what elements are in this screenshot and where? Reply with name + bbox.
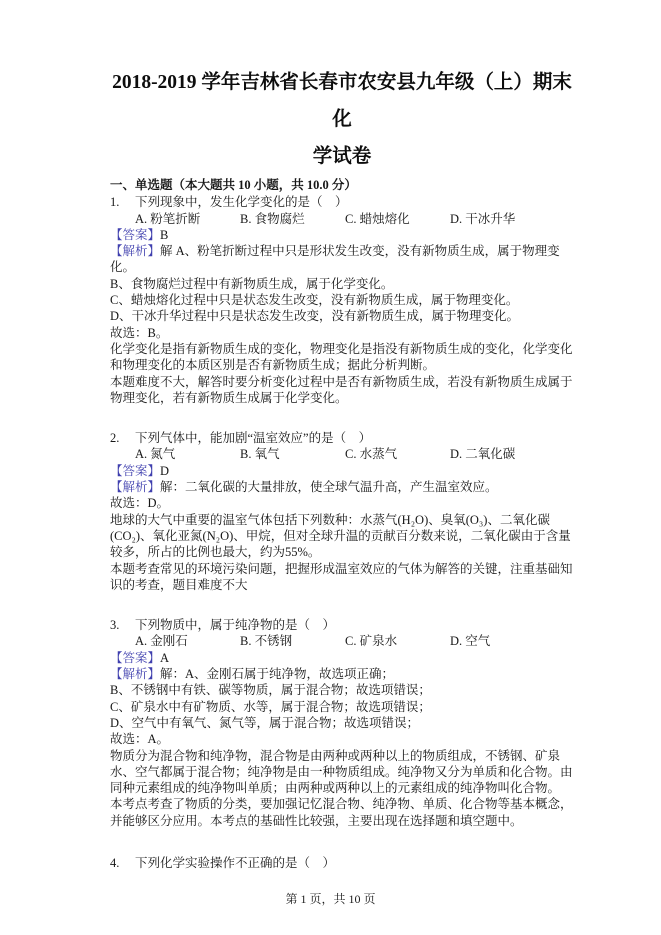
question-line: 4. 下列化学实验操作不正确的是（ ） (110, 855, 574, 871)
option-c: C. 蜡烛熔化 (345, 211, 450, 227)
option-d: D. 二氧化碳 (450, 446, 515, 462)
analysis-paragraph: D、干冰升华过程中只是状态发生改变，没有新物质生成，属于物理变化。 (110, 308, 574, 324)
analysis-text: 解 A、粉笔折断过程中只是形状发生改变，没有新物质生成，属于物理变化。 (110, 244, 560, 274)
question-number: 3. (110, 617, 135, 633)
question-line: 2. 下列气体中，能加剧“温室效应”的是（ ） (110, 430, 574, 446)
options-row: A. 粉笔折断 B. 食物腐烂 C. 蜡烛熔化 D. 干冰升华 (110, 211, 574, 227)
analysis-paragraph: B、不锈钢中有铁、碳等物质，属于混合物；故选项错误； (110, 682, 574, 698)
option-a: A. 氮气 (135, 446, 240, 462)
question-text: 下列化学实验操作不正确的是（ ） (135, 855, 574, 871)
question-text: 下列物质中，属于纯净物的是（ ） (135, 617, 574, 633)
answer-value: D (160, 464, 169, 478)
option-a: A. 金刚石 (135, 633, 240, 649)
page-footer: 第 1 页，共 10 页 (0, 890, 661, 907)
question-number: 4. (110, 855, 135, 871)
document-content: 2018-2019 学年吉林省长春市农安县九年级（上）期末化 学试卷 一、单选题… (110, 0, 574, 871)
option-b: B. 不锈钢 (240, 633, 345, 649)
option-d: D. 干冰升华 (450, 211, 515, 227)
analysis-paragraph: 故选：D。 (110, 495, 574, 511)
analysis-paragraph: 【解析】解 A、粉笔折断过程中只是形状发生改变，没有新物质生成，属于物理变化。 (110, 243, 574, 276)
analysis-paragraph: 【解析】解：A、金刚石属于纯净物，故选项正确； (110, 666, 574, 682)
answer-label: 【答案】 (110, 464, 160, 478)
page-title-line-1: 2018-2019 学年吉林省长春市农安县九年级（上）期末化 (110, 64, 574, 138)
question-number: 1. (110, 194, 135, 210)
option-b: B. 食物腐烂 (240, 211, 345, 227)
answer-line: 【答案】B (110, 227, 574, 243)
options-row: A. 氮气 B. 氧气 C. 水蒸气 D. 二氧化碳 (110, 446, 574, 462)
document-page: 2018-2019 学年吉林省长春市农安县九年级（上）期末化 学试卷 一、单选题… (0, 0, 661, 935)
analysis-paragraph: 故选：B。 (110, 325, 574, 341)
analysis-label: 【解析】 (110, 667, 160, 681)
analysis-paragraph: 本考点考查了物质的分类，要加强记忆混合物、纯净物、单质、化合物等基本概念，并能够… (110, 796, 574, 829)
answer-value: B (160, 228, 168, 242)
page-title: 2018-2019 学年吉林省长春市农安县九年级（上）期末化 学试卷 (110, 64, 574, 175)
options-row: A. 金刚石 B. 不锈钢 C. 矿泉水 D. 空气 (110, 633, 574, 649)
page-title-line-2: 学试卷 (110, 138, 574, 175)
analysis-paragraph: D、空气中有氧气、氮气等，属于混合物；故选项错误； (110, 715, 574, 731)
analysis-paragraph: 本题难度不大，解答时要分析变化过程中是否有新物质生成，若没有新物质生成属于物理变… (110, 374, 574, 407)
question-block-2: 2. 下列气体中，能加剧“温室效应”的是（ ） A. 氮气 B. 氧气 C. 水… (110, 430, 574, 593)
question-number: 2. (110, 430, 135, 446)
analysis-paragraph: 化学变化是指有新物质生成的变化，物理变化是指没有新物质生成的变化，化学变化和物理… (110, 341, 574, 374)
analysis-paragraph: 物质分为混合物和纯净物，混合物是由两种或两种以上的物质组成，不锈钢、矿泉水、空气… (110, 748, 574, 797)
answer-label: 【答案】 (110, 228, 160, 242)
option-c: C. 水蒸气 (345, 446, 450, 462)
option-c: C. 矿泉水 (345, 633, 450, 649)
option-d: D. 空气 (450, 633, 490, 649)
question-line: 1. 下列现象中，发生化学变化的是（ ） (110, 194, 574, 210)
question-text: 下列现象中，发生化学变化的是（ ） (135, 194, 574, 210)
analysis-paragraph: 故选：A。 (110, 731, 574, 747)
section-header: 一、单选题（本大题共 10 小题，共 10.0 分） (110, 177, 574, 193)
answer-line: 【答案】D (110, 463, 574, 479)
analysis-text: 解：A、金刚石属于纯净物，故选项正确； (160, 667, 394, 681)
analysis-paragraph: 【解析】解：二氧化碳的大量排放，使全球气温升高，产生温室效应。 (110, 479, 574, 495)
analysis-paragraph: 本题考查常见的环境污染问题，把握形成温室效应的气体为解答的关键，注重基础知识的考… (110, 561, 574, 594)
option-b: B. 氧气 (240, 446, 345, 462)
question-text: 下列气体中，能加剧“温室效应”的是（ ） (135, 430, 574, 446)
analysis-paragraph: C、蜡烛熔化过程中只是状态发生改变，没有新物质生成，属于物理变化。 (110, 292, 574, 308)
question-block-1: 1. 下列现象中，发生化学变化的是（ ） A. 粉笔折断 B. 食物腐烂 C. … (110, 194, 574, 406)
answer-value: A (160, 651, 169, 665)
answer-label: 【答案】 (110, 651, 160, 665)
question-block-3: 3. 下列物质中，属于纯净物的是（ ） A. 金刚石 B. 不锈钢 C. 矿泉水… (110, 617, 574, 829)
analysis-text: 解：二氧化碳的大量排放，使全球气温升高，产生温室效应。 (160, 480, 498, 494)
option-a: A. 粉笔折断 (135, 211, 240, 227)
answer-line: 【答案】A (110, 650, 574, 666)
question-line: 3. 下列物质中，属于纯净物的是（ ） (110, 617, 574, 633)
analysis-paragraph: B、食物腐烂过程中有新物质生成，属于化学变化。 (110, 276, 574, 292)
analysis-paragraph: 地球的大气中重要的温室气体包括下列数种：水蒸气(H₂O)、臭氧(O₃)、二氧化碳… (110, 512, 574, 561)
question-block-4: 4. 下列化学实验操作不正确的是（ ） (110, 855, 574, 871)
analysis-label: 【解析】 (110, 480, 160, 494)
analysis-label: 【解析】 (110, 244, 160, 258)
analysis-paragraph: C、矿泉水中有矿物质、水等，属于混合物；故选项错误； (110, 699, 574, 715)
